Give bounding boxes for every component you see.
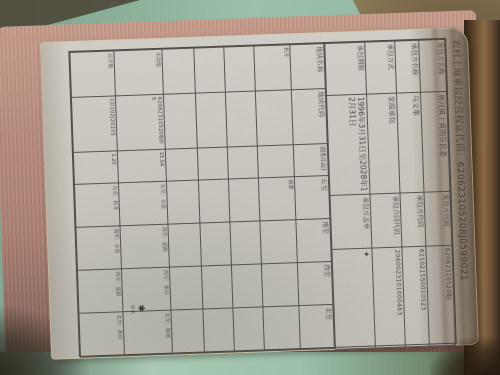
plot-cell [168, 223, 201, 267]
plot-cell [227, 146, 258, 179]
north-boundary-header: 北至 [299, 304, 335, 349]
contractor-seal-label: 承包方盖章 [330, 194, 372, 249]
west-boundary-header: 西至 [297, 261, 332, 305]
contractor-name-label: 承包方名称 [395, 40, 421, 93]
issuer-code-label: 发包方代码 [424, 191, 452, 246]
plot-cell: 北至：条田 [79, 312, 125, 358]
plot-cell [200, 222, 231, 266]
star-stamp-mark: ✱ 领证 [129, 304, 145, 315]
contractor-name-value: 马文革 [397, 92, 424, 193]
shadow-bottom-right [430, 330, 500, 375]
plot-cell: 北至：地埂 [123, 310, 173, 356]
plot-cell [231, 264, 262, 308]
stamp-note-text: 领证 [129, 305, 135, 315]
plots-table: 地块名称 地块代码 面积(亩) 东至 南至 西至 北至 机井 圈灌 [69, 43, 335, 358]
plot-cell [225, 91, 257, 147]
signature-mark: ✦ [332, 248, 375, 349]
plot-cell: 620623105208J05 [115, 94, 165, 151]
plot-cell: 西至：道路 [77, 269, 122, 314]
photo-scene: 农村土地承包经营权证代码：620623105208J0599021 发包方名称 … [0, 0, 500, 375]
contract-mode-label: 承包方式 [365, 41, 397, 94]
plot-cell: 山旱地 [70, 51, 116, 98]
plot-cell [263, 306, 301, 351]
plot-cell: 机井 [254, 45, 292, 91]
plot-cell [197, 147, 228, 180]
plot-cell: 圈灌 [258, 177, 295, 221]
contract-period-value: 1996年3月31日至2028年12月31日 [327, 94, 370, 195]
plot-cell: CD102J20105 [71, 96, 117, 153]
plot-cell: 水浇地 [114, 49, 164, 96]
plot-cell [171, 309, 205, 354]
east-boundary-header: 东至 [294, 176, 329, 220]
plot-cell [166, 180, 199, 224]
contract-period-label: 承包期限 [325, 42, 367, 95]
info-table: 发包方名称 唐河镇十黄荆芬民委 发包方代码 620623105208J 承包方名… [324, 39, 456, 350]
plot-cell [257, 145, 294, 178]
plot-cell [224, 46, 256, 92]
plot-cell [228, 178, 259, 222]
issuer-name-value: 唐河镇十黄荆芬民委 [420, 91, 449, 192]
certificate-page: 农村土地承包经营权证代码：620623105208J0599021 发包方名称 … [40, 27, 479, 360]
contractor-code-value: 621021550010523 [402, 246, 429, 347]
plot-area-header: 面积(亩) [293, 144, 328, 177]
south-boundary-header: 南至 [296, 218, 331, 262]
plot-cell: 15.54 [117, 149, 166, 183]
plot-cell [230, 221, 261, 265]
plot-cell [255, 90, 293, 146]
star-icon: ✱ [135, 304, 145, 312]
plot-cell [162, 48, 196, 94]
plot-cell [261, 263, 298, 307]
plot-cell: 东至：水渠 [118, 181, 167, 226]
contract-code-label: 承包合同代码 [370, 193, 402, 248]
contract-code-value: 2060023101000463 [372, 247, 405, 348]
plot-cell [260, 220, 297, 264]
plot-cell [194, 47, 226, 93]
plot-cell [169, 266, 202, 310]
plot-cell [198, 179, 229, 223]
plot-cell: 1.20 [73, 151, 118, 185]
plot-cell: 南至：水渠 [76, 226, 121, 271]
contract-mode-value: 家庭承包 [367, 93, 400, 194]
plot-cell [203, 308, 235, 353]
plot-cell [201, 265, 232, 309]
rotated-document: 农村土地承包经营权证代码：620623105208J0599021 发包方名称 … [54, 37, 476, 357]
plot-cell [165, 148, 198, 181]
plot-name-header: 地块名称 [290, 44, 326, 90]
plot-cell: 南至：道路 [120, 224, 169, 269]
registration-table: 发包方名称 唐河镇十黄荆芬民委 发包方代码 620623105208J 承包方名… [68, 38, 456, 357]
plot-cell [195, 92, 227, 148]
contractor-code-label: 承包方代码 [400, 192, 426, 247]
plot-cell [163, 93, 197, 149]
plot-code-header: 地块代码 [291, 89, 327, 145]
plot-cell [233, 307, 265, 352]
plot-cell: 东至：机井 [74, 183, 119, 228]
issuer-name-label: 发包方名称 [419, 39, 447, 92]
